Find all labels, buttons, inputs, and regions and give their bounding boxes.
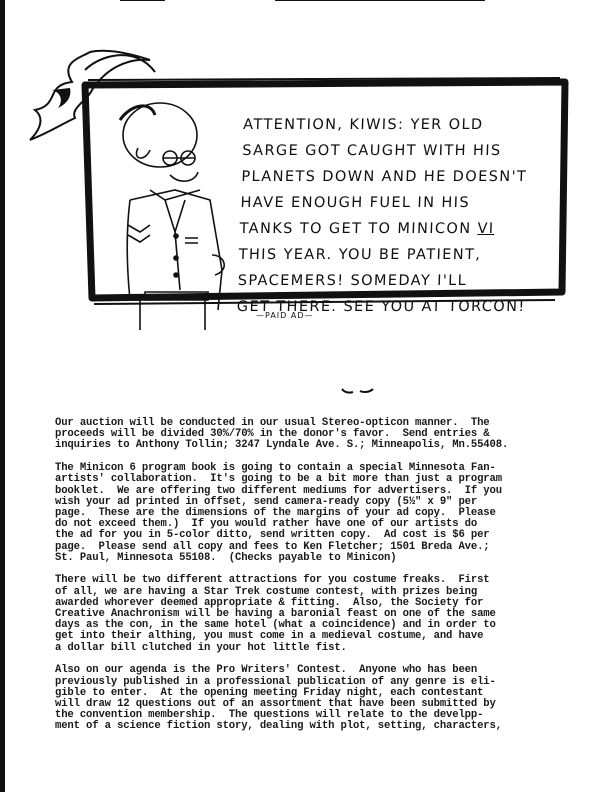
smoke-plume-icon [30,51,150,140]
ad-line: PLANETS DOWN AND HE DOESN'T [241,164,542,190]
paragraph-costumes: There will be two different attractions … [55,575,600,653]
paragraph-program-book: The Minicon 6 program book is going to c… [55,463,600,564]
ad-message: ATTENTION, KIWIS: YER OLD SARGE GOT CAUG… [236,112,543,320]
text-line: inquiries to Anthony Tollin; 3247 Lyndal… [55,440,600,451]
text-line: ment of a science fiction story, dealing… [55,721,600,732]
ad-line-text: TANKS TO GET TO MINICON [239,221,471,237]
text-line: Also on our agenda is the Pro Writers' C… [55,665,600,676]
section-divider-icon [340,383,380,397]
paragraph-pro-writers-contest: Also on our agenda is the Pro Writers' C… [55,665,600,732]
ad-line: SARGE GOT CAUGHT WITH HIS [242,138,543,164]
text-line: artists' collaboration. It's going to be… [55,474,600,485]
ad-line: THIS YEAR. YOU BE PATIENT, [238,242,539,268]
ad-line: SPACEMERS! SOMEDAY I'LL [237,268,538,294]
ad-line: TANKS TO GET TO MINICON VI [239,216,540,242]
minicon-numeral: VI [477,221,495,237]
paragraph-auction: Our auction will be conducted in our usu… [55,418,600,452]
ad-line: ATTENTION, KIWIS: YER OLD [243,112,544,138]
text-line: get into their althing, you must come in… [55,631,600,642]
text-line: There will be two different attractions … [55,575,600,586]
ad-line: HAVE ENOUGH FUEL IN HIS [240,190,541,216]
text-line: the ad for you in 5-color ditto, send wr… [55,530,600,541]
text-line: St. Paul, Minnesota 55108. (Checks payab… [55,553,600,564]
article-body: Our auction will be conducted in our usu… [55,418,600,744]
paid-ad-caption: —PAID AD— [256,311,313,320]
text-line: a dollar bill clutched in your hot littl… [55,643,600,654]
paid-advertisement: ATTENTION, KIWIS: YER OLD SARGE GOT CAUG… [0,0,612,340]
